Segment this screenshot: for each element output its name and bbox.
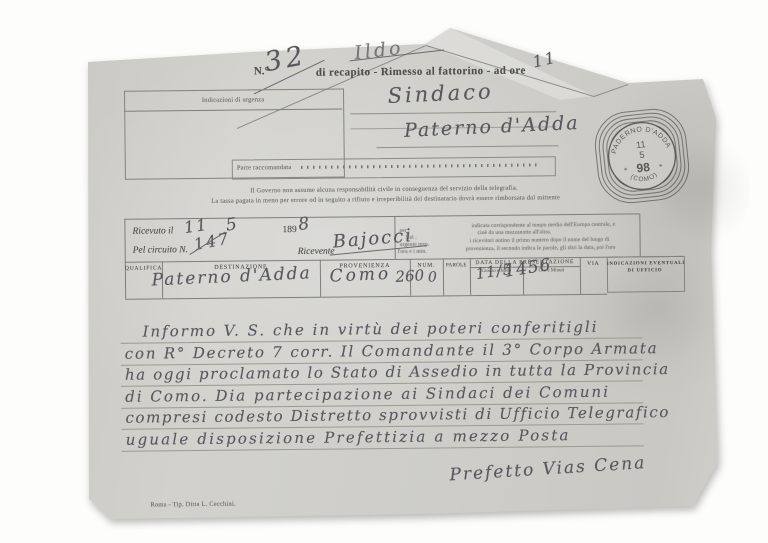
col-via: VIA bbox=[580, 261, 607, 267]
no-value: 32 bbox=[262, 40, 309, 78]
notes-right-2: cioè da una mezzanotte all'altra. bbox=[477, 228, 637, 236]
stamp-month: 5 bbox=[639, 150, 645, 160]
disclaimer-line2: La tassa pagata in meno per errore od in… bbox=[138, 193, 633, 205]
printer-imprint: Roma - Tip. Ditta L. Cecchini. bbox=[150, 501, 236, 509]
ore-value: 11 bbox=[531, 48, 559, 72]
notes-left-2: Nel . bbox=[406, 234, 472, 241]
writing-rule bbox=[377, 145, 559, 148]
notes-right-3: i ricevitori notino il primo numero dopo… bbox=[470, 236, 638, 244]
message-line-6: uguale disposizione Prefettizia a mezzo … bbox=[126, 426, 571, 449]
col-parole: PAROLE bbox=[443, 262, 470, 268]
printed-content: Ildo N.° 32 di recapito - Rimesso al fat… bbox=[0, 0, 768, 543]
ricevuto-label: Ricevuto il bbox=[132, 226, 173, 236]
message-line-1: Informo V. S. che in virtù dei poteri co… bbox=[142, 318, 598, 341]
scanned-telegram-document: { "receipt_header": { "no_label": "N.°",… bbox=[0, 0, 768, 543]
address-place: Paterno d'Adda bbox=[404, 112, 581, 142]
row-num: 260 bbox=[395, 266, 425, 286]
notes-right-4: provenienza, il secondo indica le parole… bbox=[466, 244, 638, 252]
notes-left-1: per . bbox=[399, 227, 465, 234]
year-written: 8 bbox=[297, 214, 310, 235]
stamp-year: 98 bbox=[636, 160, 651, 175]
year-printed: 189 bbox=[282, 225, 296, 235]
table-bottom-rule bbox=[125, 294, 607, 300]
section-border bbox=[639, 213, 640, 256]
postmark-stamp: PADERNO D'ADDA (COMO) 11 5 98 * * bbox=[587, 101, 697, 211]
notes-left-4: l'ora e i min. bbox=[398, 248, 464, 255]
col-indicazioni-1: INDICAZIONI EVENTUALI bbox=[607, 261, 683, 267]
notes-left-3: urgente resp. bbox=[400, 241, 466, 248]
row-provenienza: Como bbox=[329, 264, 391, 287]
circuito-label: Pel circuito N. bbox=[133, 245, 188, 256]
address-recipient: Sindaco bbox=[387, 79, 494, 108]
message-line-4: di Como. Dia partecipazione ai Sindaci d… bbox=[125, 383, 610, 406]
handwritten-scribble: Ildo bbox=[353, 37, 404, 65]
stamp-day: 11 bbox=[636, 139, 647, 150]
recapito-line: di recapito - Rimesso al fattorino - ad … bbox=[316, 65, 526, 79]
section-border bbox=[124, 219, 126, 299]
registered-label: Parte raccomandata bbox=[237, 164, 292, 172]
col-indicazioni-2: DI UFFICIO bbox=[607, 268, 683, 274]
sender-signature: Prefetto Vias Cena bbox=[449, 453, 647, 485]
row-parole: 0 bbox=[428, 270, 437, 286]
